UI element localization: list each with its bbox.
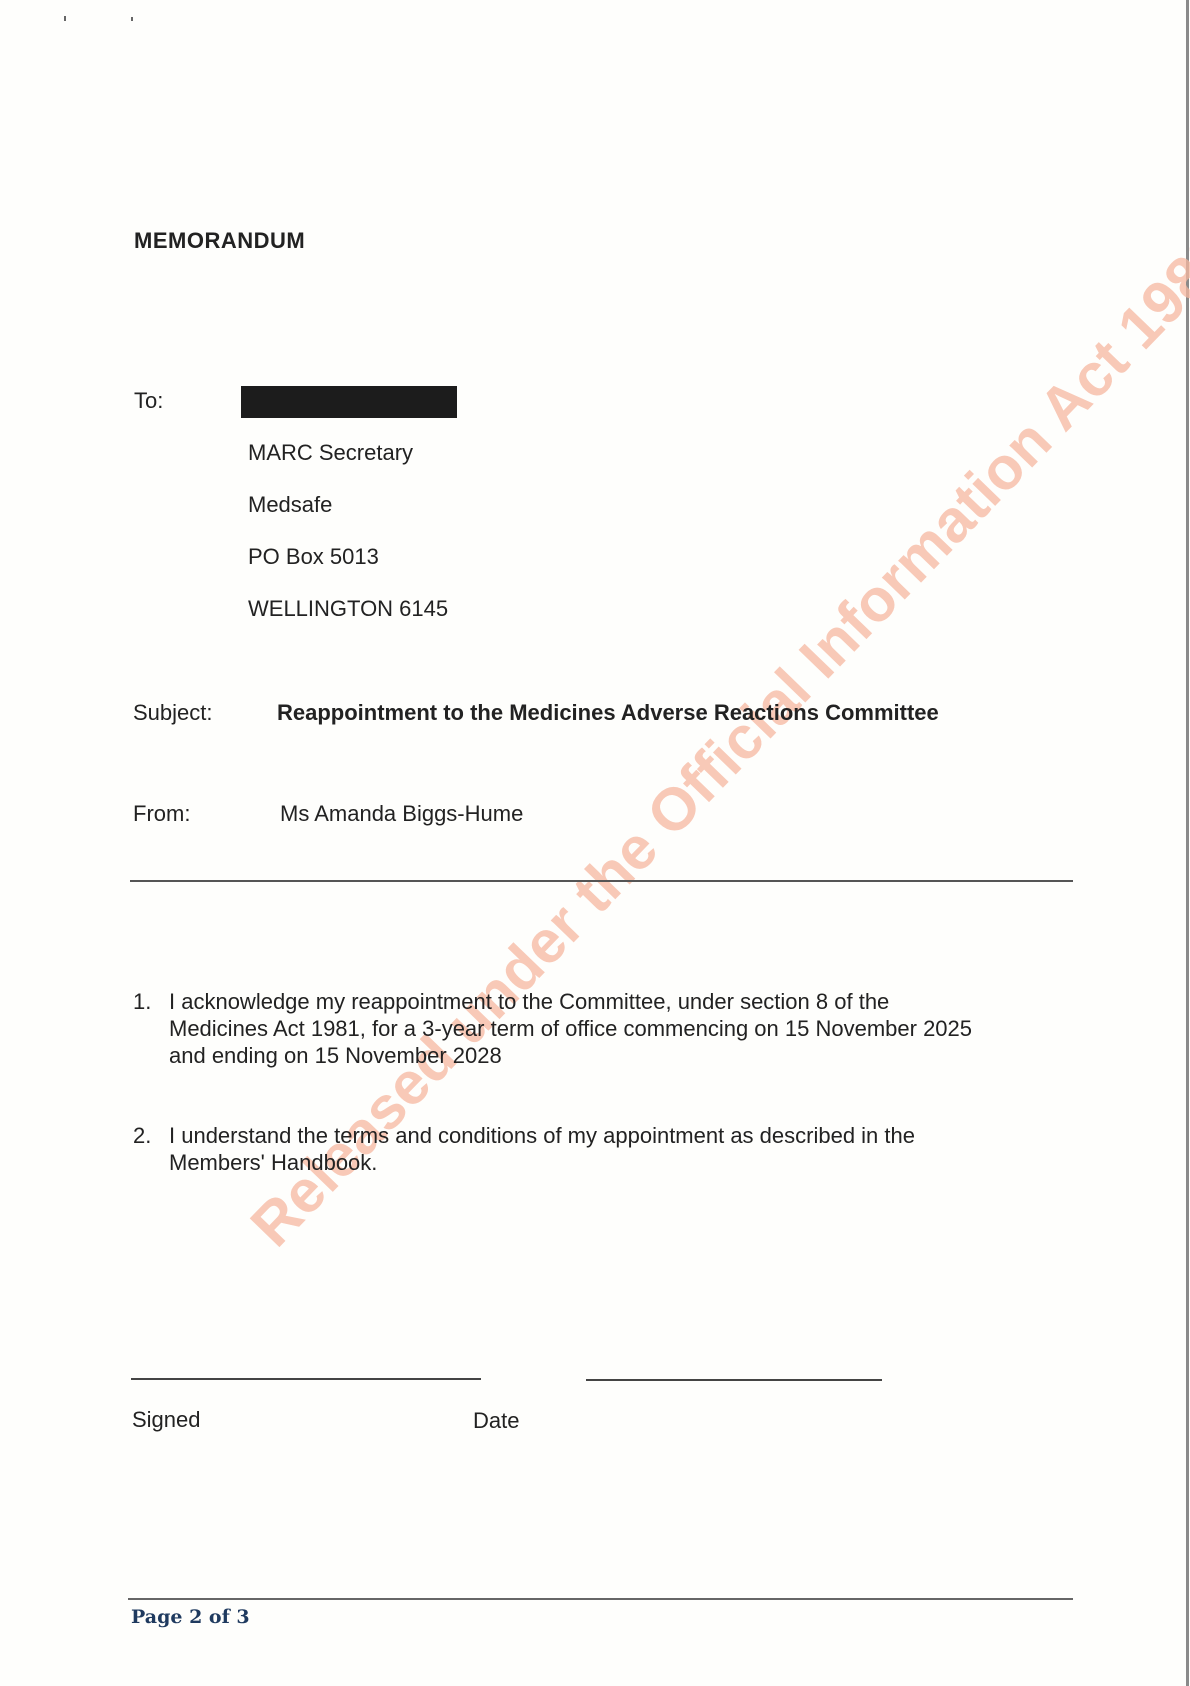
header-divider xyxy=(130,880,1073,882)
date-label: Date xyxy=(473,1408,519,1434)
subject-value: Reappointment to the Medicines Adverse R… xyxy=(277,700,939,726)
item-line: I acknowledge my reappointment to the Co… xyxy=(169,988,1063,1015)
item-number: 2. xyxy=(133,1122,151,1149)
item-line: and ending on 15 November 2028 xyxy=(169,1042,1063,1069)
item-number: 1. xyxy=(133,988,151,1015)
item-line: Members' Handbook. xyxy=(169,1149,1063,1176)
item-line: I understand the terms and conditions of… xyxy=(169,1122,1063,1149)
page-number: Page 2 of 3 xyxy=(131,1606,250,1628)
to-label: To: xyxy=(134,388,163,414)
subject-label: Subject: xyxy=(133,700,213,726)
footer-divider xyxy=(128,1598,1073,1600)
from-value: Ms Amanda Biggs-Hume xyxy=(280,801,523,827)
page-edge xyxy=(1186,0,1189,1686)
address-line: MARC Secretary xyxy=(248,440,413,466)
address-line: WELLINGTON 6145 xyxy=(248,596,448,622)
list-item: 1. I acknowledge my reappointment to the… xyxy=(133,988,1063,1069)
signed-label: Signed xyxy=(132,1407,201,1433)
address-line: PO Box 5013 xyxy=(248,544,379,570)
signature-line xyxy=(131,1378,481,1380)
date-line xyxy=(586,1379,882,1381)
item-line: Medicines Act 1981, for a 3-year term of… xyxy=(169,1015,1063,1042)
scan-speck xyxy=(64,16,66,21)
page-title: MEMORANDUM xyxy=(134,228,305,254)
redacted-recipient xyxy=(241,386,457,418)
list-item: 2. I understand the terms and conditions… xyxy=(133,1122,1063,1176)
address-line: Medsafe xyxy=(248,492,332,518)
from-label: From: xyxy=(133,801,190,827)
scan-speck xyxy=(131,17,133,21)
